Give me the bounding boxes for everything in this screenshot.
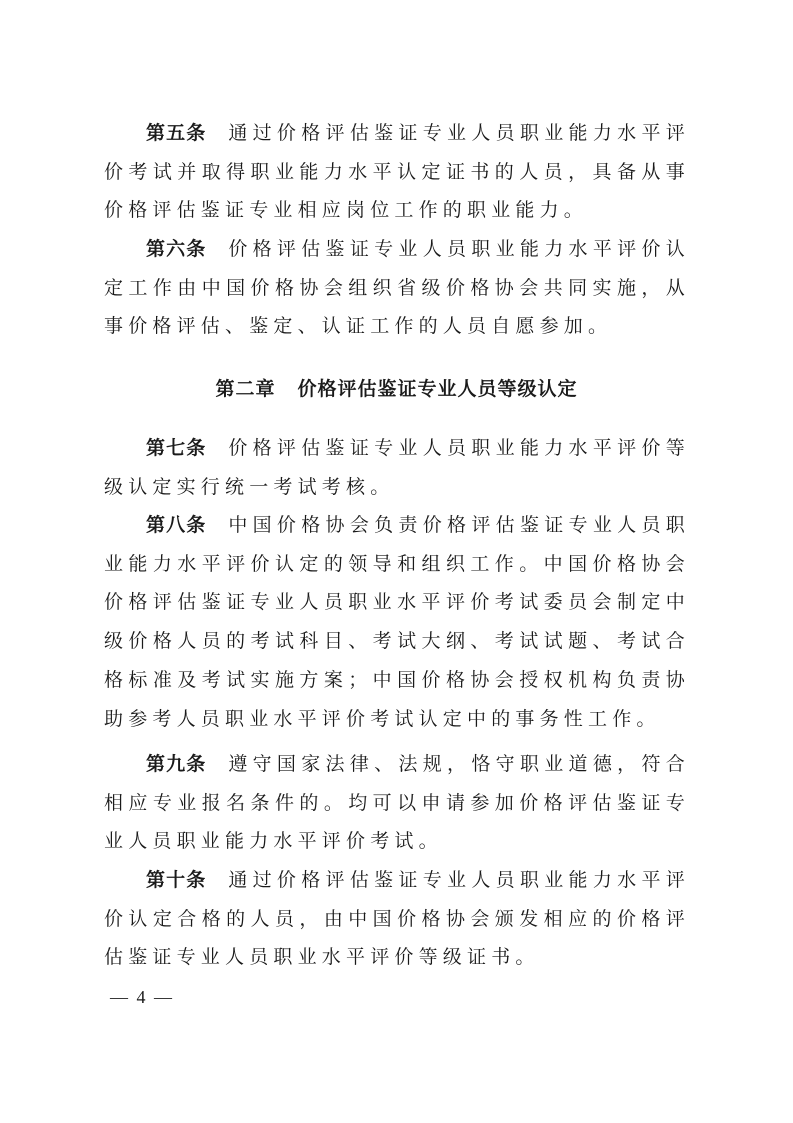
document-page: 第五条通过价格评估鉴证专业人员职业能力水平评价考试并取得职业能力水平认定证书的人… <box>0 0 793 1123</box>
chapter-title: 价格评估鉴证专业人员等级认定 <box>298 378 578 400</box>
article-label: 第七条 <box>146 437 206 459</box>
article-8: 第八条中国价格协会负责价格评估鉴证专业人员职业能力水平评价认定的领导和组织工作。… <box>104 506 690 738</box>
chapter-number: 第二章 <box>215 378 275 400</box>
article-label: 第十条 <box>146 869 206 891</box>
chapter-heading: 第二章价格评估鉴证专业人员等级认定 <box>0 374 793 401</box>
article-9: 第九条遵守国家法律、法规，恪守职业道德，符合相应专业报名条件的。均可以申请参加价… <box>104 745 690 861</box>
article-label: 第六条 <box>146 238 206 260</box>
page-number: — 4 — <box>110 987 174 1008</box>
article-label: 第五条 <box>146 122 206 144</box>
article-label: 第八条 <box>146 514 206 536</box>
article-label: 第九条 <box>146 753 206 775</box>
article-10: 第十条通过价格评估鉴证专业人员职业能力水平评价认定合格的人员，由中国价格协会颁发… <box>104 861 690 977</box>
article-6: 第六条价格评估鉴证专业人员职业能力水平评价认定工作由中国价格协会组织省级价格协会… <box>104 230 690 346</box>
article-5: 第五条通过价格评估鉴证专业人员职业能力水平评价考试并取得职业能力水平认定证书的人… <box>104 114 690 230</box>
article-7: 第七条价格评估鉴证专业人员职业能力水平评价等级认定实行统一考试考核。 <box>104 429 690 506</box>
article-text: 中国价格协会负责价格评估鉴证专业人员职业能力水平评价认定的领导和组织工作。中国价… <box>104 514 690 730</box>
